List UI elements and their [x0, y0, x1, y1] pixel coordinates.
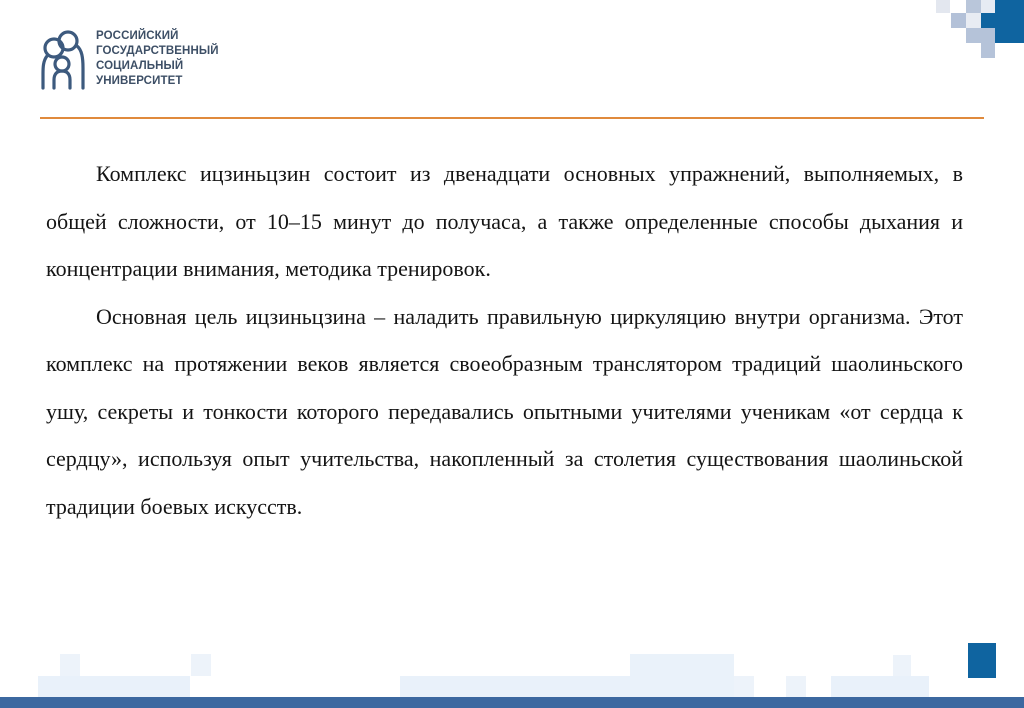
- decor-block: [786, 676, 806, 697]
- decor-block: [831, 676, 929, 697]
- decor-square: [981, 43, 995, 58]
- decor-square: [981, 0, 995, 13]
- decor-block: [893, 655, 911, 676]
- decor-square: [951, 13, 966, 28]
- decor-square: [966, 28, 995, 43]
- university-name: РОССИЙСКИЙ ГОСУДАРСТВЕННЫЙ СОЦИАЛЬНЫЙ УН…: [96, 29, 219, 89]
- decor-block: [734, 676, 754, 697]
- logo-line: СОЦИАЛЬНЫЙ: [96, 59, 219, 74]
- decor-square: [936, 0, 950, 13]
- decor-block: [191, 654, 211, 676]
- body-text: Комплекс ицзиньцзин состоит из двенадцат…: [46, 150, 963, 530]
- paragraph: Комплекс ицзиньцзин состоит из двенадцат…: [46, 150, 963, 293]
- logo-line: ГОСУДАРСТВЕННЫЙ: [96, 44, 219, 59]
- logo-line: УНИВЕРСИТЕТ: [96, 74, 219, 89]
- university-logo: РОССИЙСКИЙ ГОСУДАРСТВЕННЫЙ СОЦИАЛЬНЫЙ УН…: [38, 28, 219, 92]
- decor-block: [630, 654, 734, 697]
- header-divider: [40, 117, 984, 119]
- decor-block: [60, 654, 80, 676]
- family-figures-icon: [38, 28, 88, 92]
- decor-square: [966, 0, 981, 13]
- footer-bar: [0, 697, 1024, 708]
- logo-line: РОССИЙСКИЙ: [96, 29, 219, 44]
- decor-square: [995, 0, 1024, 43]
- decor-square: [981, 13, 995, 28]
- decor-square: [966, 13, 981, 28]
- decor-block: [38, 676, 190, 697]
- decor-square-dark: [968, 643, 996, 678]
- paragraph: Основная цель ицзиньцзина – наладить пра…: [46, 293, 963, 531]
- decor-block: [500, 676, 630, 697]
